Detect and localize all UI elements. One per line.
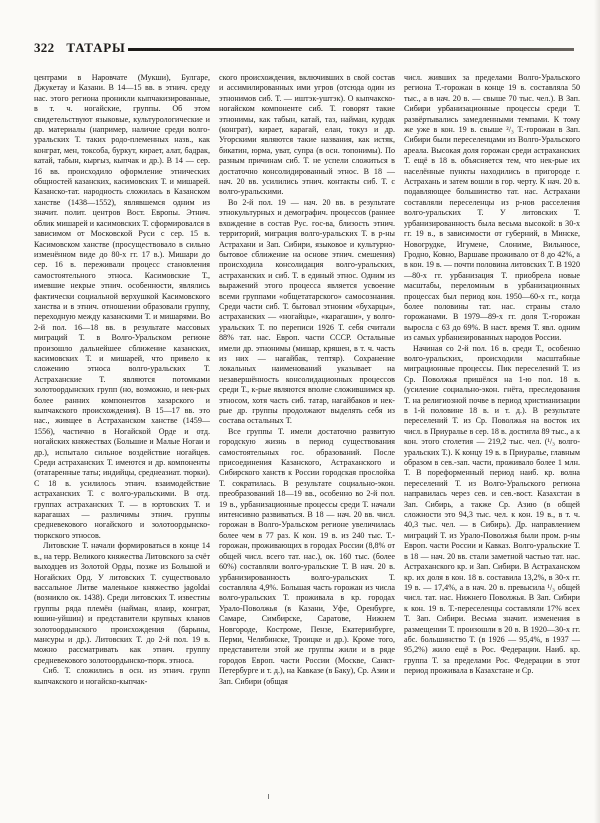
paragraph: Литовские Т. начали формироваться в конц…: [34, 541, 210, 666]
page-number: 322: [34, 40, 54, 56]
running-title: ТАТАРЫ: [66, 40, 125, 56]
page-edge-shadow: [594, 0, 600, 823]
paragraph: Начиная со 2-й пол. 16 в. среди Т., особ…: [404, 344, 580, 677]
page-header: 322 ТАТАРЫ: [34, 38, 574, 56]
paragraph: числ. живших за пределами Волго-Уральско…: [404, 73, 580, 344]
paragraph: ского происхождения, включивших в свой с…: [219, 73, 395, 198]
column-right: числ. живших за пределами Волго-Уральско…: [404, 73, 580, 687]
paragraph: Все группы Т. имели достаточно развитую …: [219, 427, 395, 687]
scan-speck: [268, 794, 269, 799]
paragraph: Сиб. Т. сложились в осн. из этнич. групп…: [34, 666, 210, 687]
paragraph: центрами в Наровчате (Мукши), Булгаре, Д…: [34, 73, 210, 541]
header-rule: [128, 48, 574, 51]
text-columns: центрами в Наровчате (Мукши), Булгаре, Д…: [34, 73, 580, 687]
paragraph: Во 2-й пол. 19 — нач. 20 вв. в результат…: [219, 198, 395, 427]
column-left: центрами в Наровчате (Мукши), Булгаре, Д…: [34, 73, 210, 687]
column-middle: ского происхождения, включивших в свой с…: [219, 73, 395, 687]
